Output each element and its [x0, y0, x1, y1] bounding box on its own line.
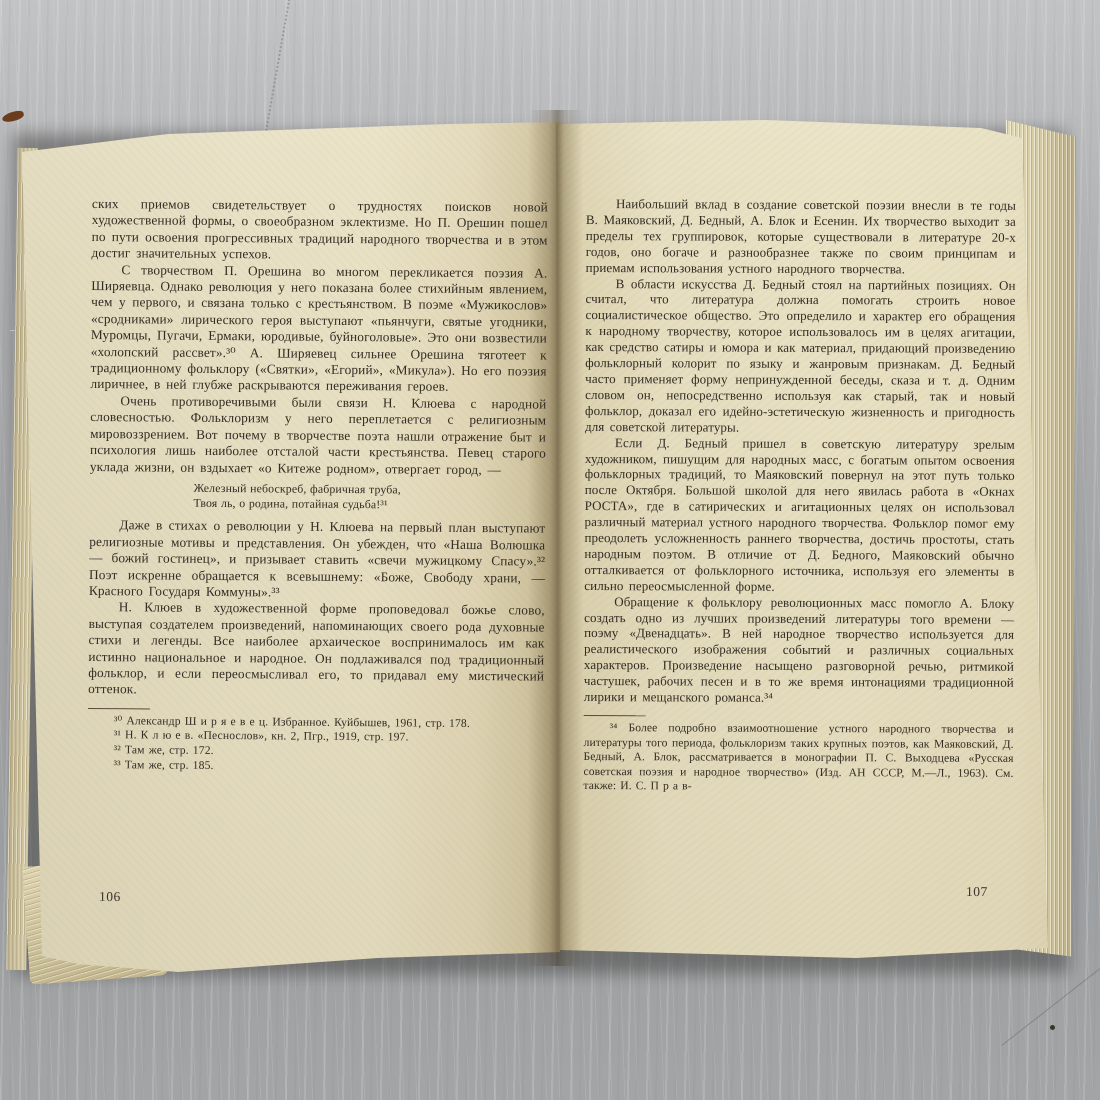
paragraph: Обращение к фольклору революционных масс… [584, 594, 1014, 707]
footnote-rule [88, 708, 150, 709]
right-page-text: Наибольший вклад в создание советской по… [583, 196, 1016, 796]
footnotes-section: ³⁰ Александр Ш и р я е в е ц. Избранное.… [87, 708, 543, 776]
footnotes-section: ³⁴ Более подробно взаимоотношение устног… [583, 715, 1013, 796]
paragraph: Если Д. Бедный пришел в советскую литера… [584, 435, 1015, 596]
paragraph: В области искусства Д. Бедный стоял на п… [585, 276, 1016, 437]
paragraph: Очень противоречивыми были связи Н. Клюе… [90, 393, 547, 479]
page-number-left: 106 [99, 889, 121, 905]
paragraph: Наибольший вклад в создание советской по… [586, 196, 1016, 277]
paragraph: Даже в стихах о революции у Н. Клюева на… [89, 517, 546, 603]
paragraph: С творчеством П. Орешина во многом перек… [90, 262, 547, 397]
page-number-right: 107 [966, 884, 988, 900]
paragraph: ских приемов свидетельствует о трудностя… [91, 196, 548, 265]
footnote-rule [584, 715, 646, 716]
paint-chip-speck [1050, 1025, 1055, 1030]
photo-of-open-book: ских приемов свидетельствует о трудностя… [0, 0, 1100, 1100]
verse-quote: Железный небоскреб, фабричная труба, Тво… [194, 481, 546, 514]
paragraph: Н. Клюев в художественной форме проповед… [88, 599, 545, 701]
left-page-text: ских приемов свидетельствует о трудностя… [87, 196, 548, 776]
verse-line: Твоя ль, о родина, потайная судьба!³¹ [194, 496, 546, 514]
footnote: ³⁴ Более подробно взаимоотношение устног… [583, 721, 1013, 796]
